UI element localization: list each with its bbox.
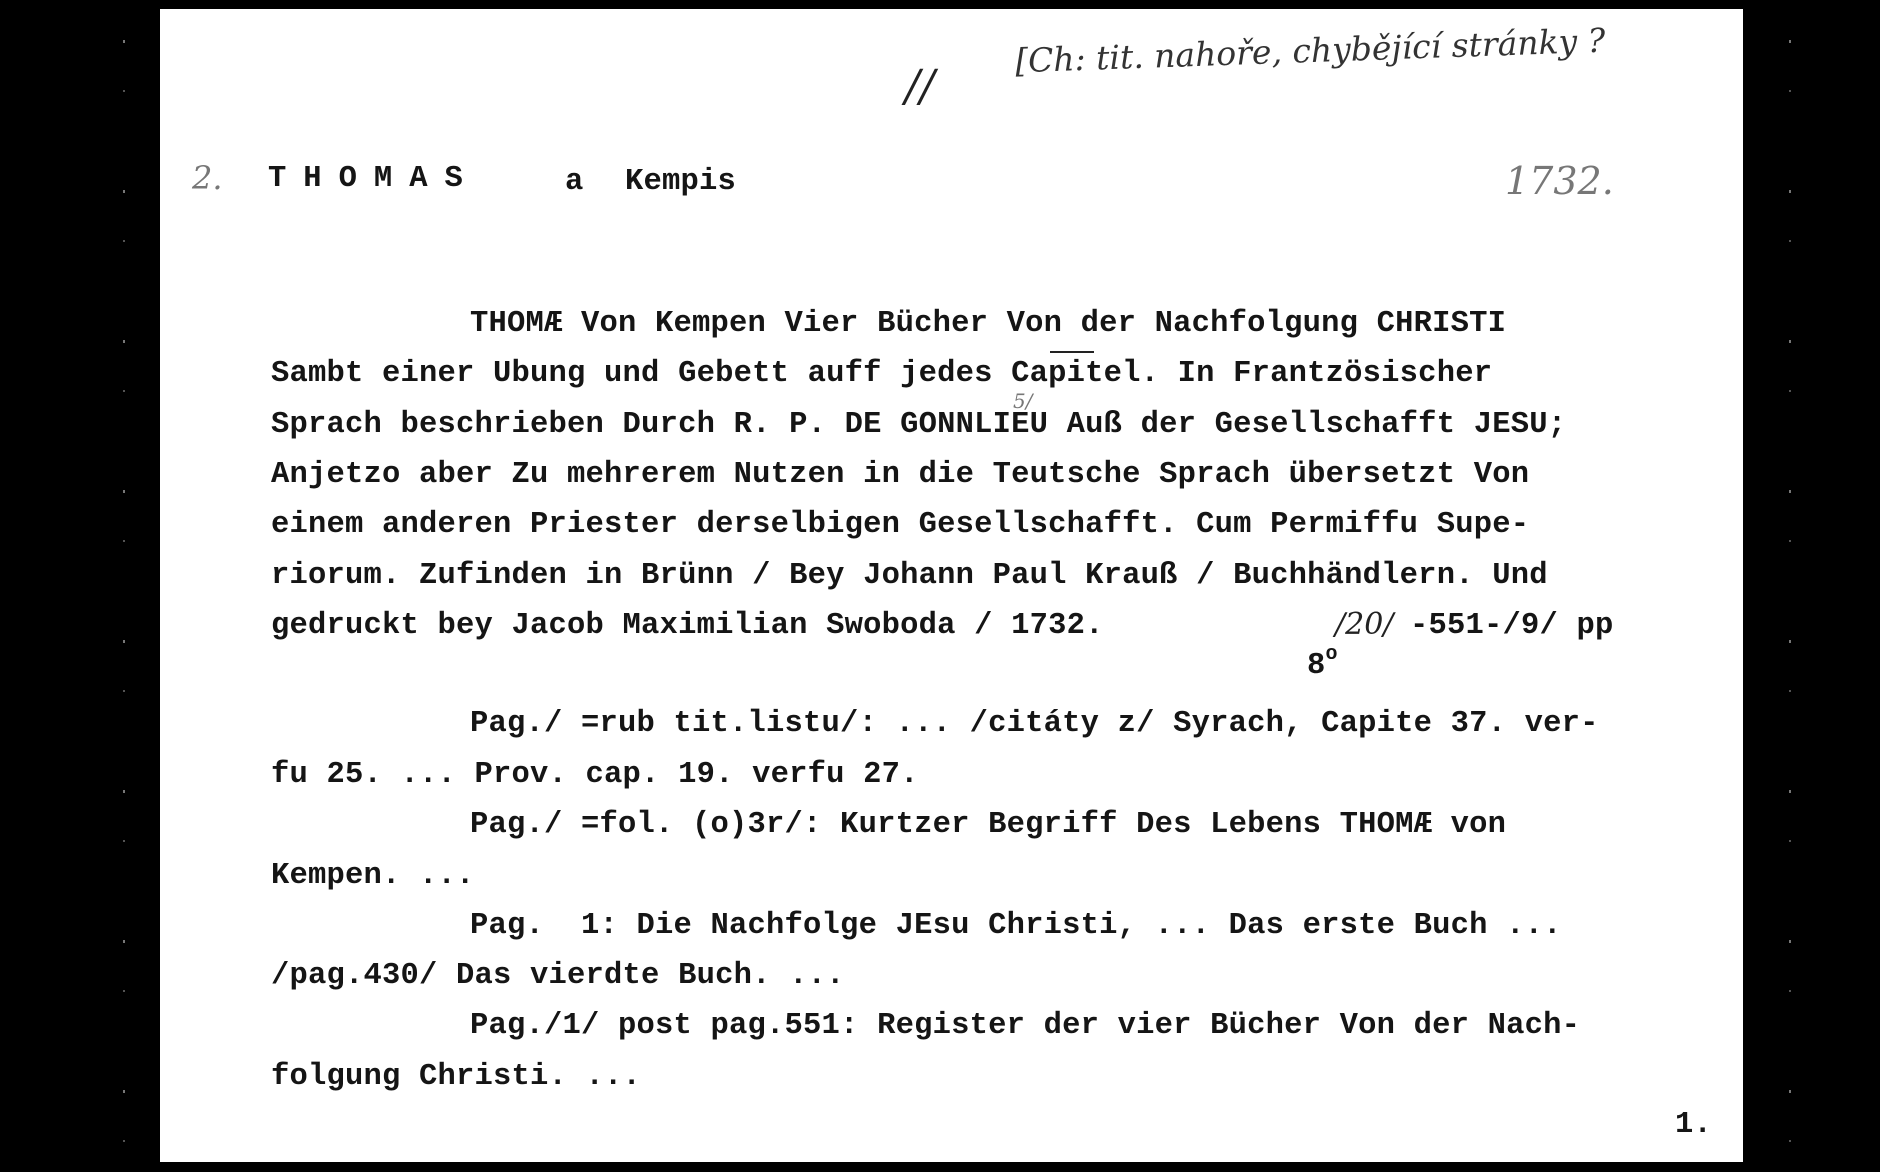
title-line-6: riorum. Zufinden in Brünn / Bey Johann P… <box>271 559 1548 593</box>
collation: -551-/9/ pp <box>1410 609 1614 643</box>
contents-line-4: Kempen. ... <box>271 859 475 893</box>
contents-line-6: /pag.430/ Das vierdte Buch. ... <box>271 959 845 993</box>
contents-line-3: Pag./ =fol. (o)3r/: Kurtzer Begriff Des … <box>470 808 1506 842</box>
title-line-2: Sambt einer Ubung und Gebett auff jedes … <box>271 357 1492 391</box>
scan-artifact <box>1789 0 1791 1172</box>
author-surname: THOMAS <box>268 162 480 196</box>
handwritten-year: 1732. <box>1505 159 1614 203</box>
handwritten-margin-number: 2. <box>192 159 223 197</box>
underline-von <box>1050 351 1094 353</box>
catalog-card: [Ch: tit. nahoře, chybějící stránky ? //… <box>160 9 1743 1162</box>
title-line-4: Anjetzo aber Zu mehrerem Nutzen in die T… <box>271 458 1529 492</box>
card-number: 1. <box>1675 1108 1712 1142</box>
title-line-1: THOMÆ Von Kempen Vier Bücher Von der Nac… <box>470 307 1506 341</box>
contents-line-5: Pag. 1: Die Nachfolge JEsu Christi, ... … <box>470 909 1562 943</box>
contents-line-7: Pag./1/ post pag.551: Register der vier … <box>470 1009 1580 1043</box>
title-line-7: gedruckt bey Jacob Maximilian Swoboda / … <box>271 609 1104 643</box>
contents-line-8: folgung Christi. ... <box>271 1060 641 1094</box>
handwritten-pages: /20/ <box>1335 607 1393 642</box>
title-line-5: einem anderen Priester derselbigen Gesel… <box>271 508 1529 542</box>
contents-line-1: Pag./ =rub tit.listu/: ... /citáty z/ Sy… <box>470 707 1599 741</box>
format: 8o <box>1233 609 1338 717</box>
handwritten-pencil-slashes: // <box>905 61 935 112</box>
contents-line-2: fu 25. ... Prov. cap. 19. verfu 27. <box>271 758 919 792</box>
author-name: Kempis <box>625 165 736 199</box>
format-degree: o <box>1326 643 1338 666</box>
format-number: 8 <box>1307 649 1326 683</box>
scan-artifact <box>123 0 125 1172</box>
handwritten-top-note: [Ch: tit. nahoře, chybějící stránky ? <box>1014 21 1605 81</box>
title-line-3: Sprach beschrieben Durch R. P. DE GONNLI… <box>271 408 1566 442</box>
author-particle: a <box>565 165 584 199</box>
